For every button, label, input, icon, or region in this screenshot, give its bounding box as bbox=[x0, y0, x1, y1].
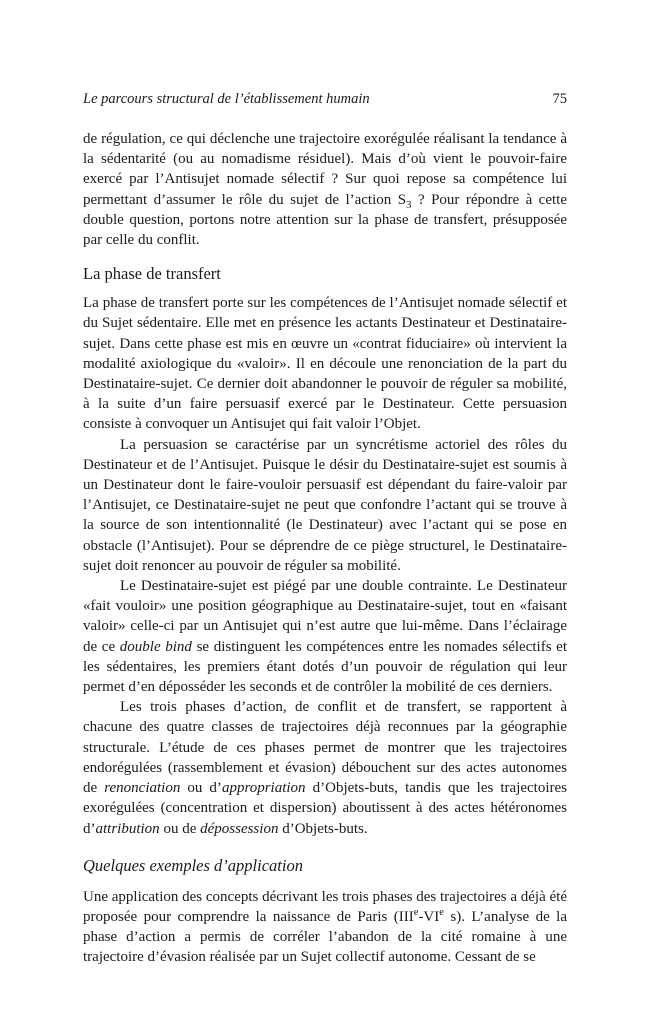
paragraph: de régulation, ce qui déclenche une traj… bbox=[83, 129, 567, 250]
book-page: Le parcours structural de l’établissemen… bbox=[0, 0, 650, 1016]
paragraph: Le Destinataire-sujet est piégé par une … bbox=[83, 576, 567, 697]
paragraph: La persuasion se caractérise par un sync… bbox=[83, 435, 567, 576]
page-number: 75 bbox=[553, 90, 568, 108]
paragraph: La phase de transfert porte sur les comp… bbox=[83, 293, 567, 434]
page-body: de régulation, ce qui déclenche une traj… bbox=[83, 129, 567, 968]
paragraph: Une application des concepts décrivant l… bbox=[83, 887, 567, 968]
running-header: Le parcours structural de l’établissemen… bbox=[83, 90, 567, 108]
paragraph: Les trois phases d’action, de conflit et… bbox=[83, 697, 567, 838]
section-heading: Quelques exemples d’application bbox=[83, 855, 567, 876]
section-heading: La phase de transfert bbox=[83, 263, 567, 284]
running-title: Le parcours structural de l’établissemen… bbox=[83, 90, 370, 108]
